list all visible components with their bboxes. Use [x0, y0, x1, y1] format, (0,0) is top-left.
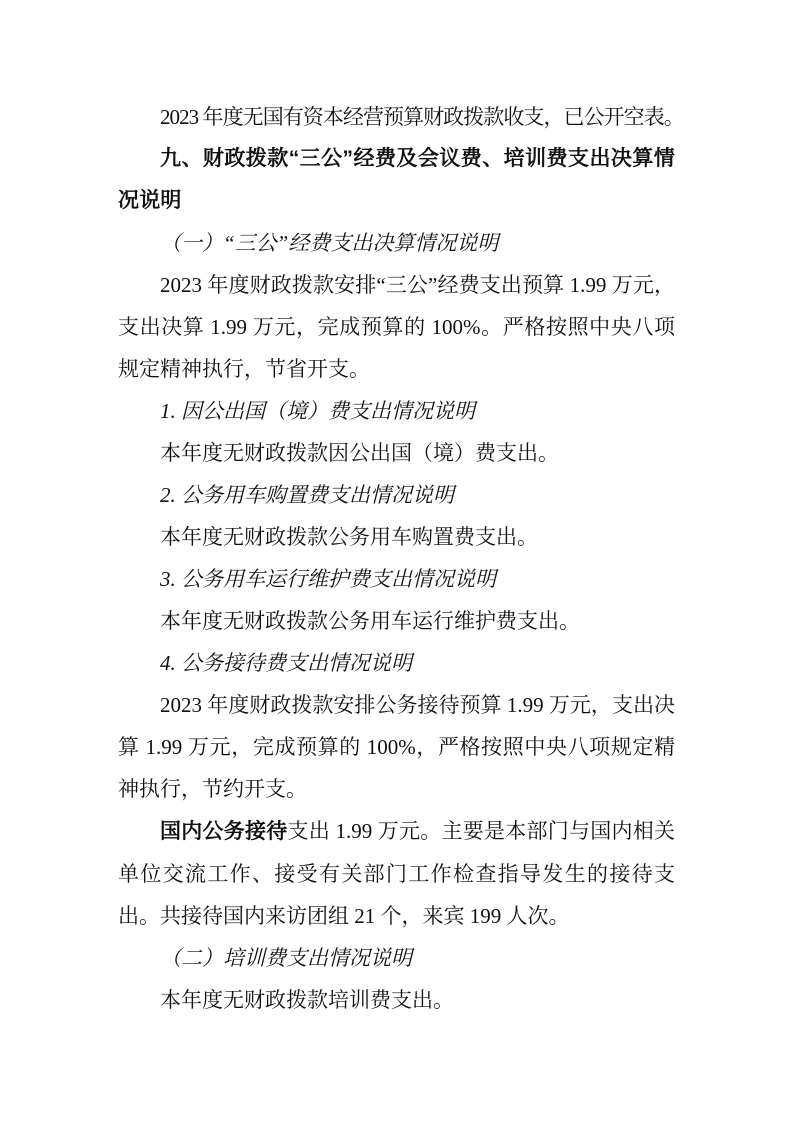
paragraph-vehicle-purchase-none: 本年度无财政拨款公务用车购置费支出。	[118, 516, 675, 558]
section-heading-nine: 九、财政拨款“三公”经费及会议费、培训费支出决算情况说明	[118, 138, 675, 222]
subsection-heading-two-training: （二）培训费支出情况说明	[118, 937, 675, 979]
item-2-heading-vehicle-purchase: 2. 公务用车购置费支出情况说明	[118, 474, 675, 516]
item-3-heading-vehicle-maintenance: 3. 公务用车运行维护费支出情况说明	[118, 558, 675, 600]
document-page: 2023 年度无国有资本经营预算财政拨款收支，已公开空表。 九、财政拨款“三公”…	[0, 0, 793, 1122]
paragraph-abroad-expense-none: 本年度无财政拨款因公出国（境）费支出。	[118, 432, 675, 474]
paragraph-domestic-reception-detail: 国内公务接待支出 1.99 万元。主要是本部门与国内相关单位交流工作、接受有关部…	[118, 810, 675, 937]
paragraph-training-expense-none: 本年度无财政拨款培训费支出。	[118, 979, 675, 1021]
paragraph-reception-summary: 2023 年度财政拨款安排公务接待预算 1.99 万元，支出决算 1.99 万元…	[118, 684, 675, 810]
paragraph-sangong-summary: 2023 年度财政拨款安排“三公”经费支出预算 1.99 万元，支出决算 1.9…	[118, 264, 675, 390]
paragraph-vehicle-maintenance-none: 本年度无财政拨款公务用车运行维护费支出。	[118, 600, 675, 642]
paragraph-no-state-capital-note: 2023 年度无国有资本经营预算财政拨款收支，已公开空表。	[118, 96, 675, 138]
subsection-heading-one: （一）“三公”经费支出决算情况说明	[118, 222, 675, 264]
item-4-heading-official-reception: 4. 公务接待费支出情况说明	[118, 642, 675, 684]
domestic-reception-bold-label: 国内公务接待	[160, 820, 288, 843]
item-1-heading-abroad-expense: 1. 因公出国（境）费支出情况说明	[118, 390, 675, 432]
